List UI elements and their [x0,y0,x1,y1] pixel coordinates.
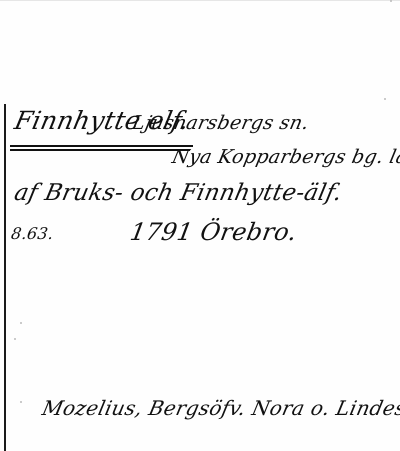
paper-speck [384,98,386,100]
description-text: af Bruks- och Finnhytte-älf. [12,180,345,206]
year-place-text: 1791 Örebro. [128,218,299,246]
reference-number: 8.63. [10,224,55,243]
paper-speck [390,0,392,2]
card-top-edge [0,0,400,1]
title-underline [10,145,193,147]
paper-speck [14,338,16,340]
paper-speck [20,322,22,324]
source-citation: Mozelius, Bergsöfv. Nora o. Lindes lag. [40,396,400,420]
card-left-rule [4,104,6,451]
title-underline-second [10,149,190,151]
year: 1791 [128,218,195,246]
index-card: Finnhytte elf. Ljusnarsbergs sn. Nya Kop… [0,0,400,451]
paper-speck [20,401,22,403]
place: Örebro. [198,218,299,246]
mining-district-text: Nya Kopparbergs bg. lag. [170,146,400,168]
parish-text: Ljusnarsbergs sn. [130,112,311,134]
